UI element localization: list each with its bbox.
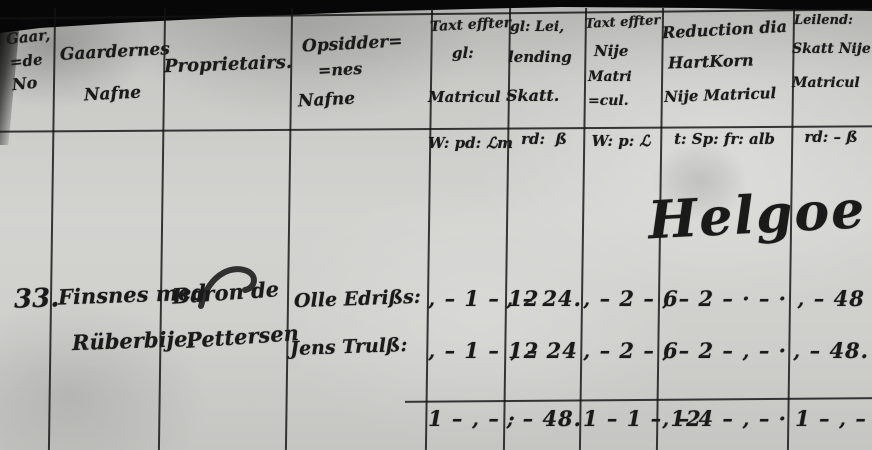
total-old-tax: ‚ – 48. [506, 408, 582, 429]
column-rule-5 [503, 8, 511, 450]
col-header-taxt-new-line: Nije [594, 44, 628, 59]
col-header-taxt-old-line: Matricul [428, 90, 501, 105]
value-reduction: ‚ – 2 – ‚ – · [659, 340, 790, 361]
column-rule-3 [285, 8, 293, 450]
col-header-reduction-line: Reduction dia [662, 19, 788, 42]
column-rule-6 [579, 8, 587, 450]
col-header-reduction-line: Nije Matricul [664, 86, 777, 105]
col-header-taxt-old-line: Taxt effter [430, 16, 512, 34]
unit-taxt-new: W: p: ℒ [583, 134, 659, 149]
col-header-occupants-line: Nafne [298, 91, 356, 111]
unit-new-tax: rd: – ß [790, 130, 872, 145]
col-header-taxt-new-line: Taxt effter [585, 14, 661, 31]
occupant-name: Olle Edrißs: [294, 288, 421, 311]
col-header-no-line: No [11, 75, 38, 94]
total-taxt-old: 1 – ‚ – · [428, 408, 506, 429]
value-taxt-old: ‚ – 1 – 12 [428, 340, 506, 361]
value-old-tax: ‚ – 24. [506, 288, 582, 309]
farm-name-line: Rüberbije. [72, 328, 195, 353]
value-new-tax: ‚ – 48. [790, 340, 872, 361]
proprietor-name-line: Pettersen [185, 322, 299, 351]
col-header-reduction-line: HartKorn [668, 53, 754, 72]
unit-reduction: t: Sp: fr: alb [659, 132, 790, 147]
column-rule-1 [48, 8, 56, 450]
col-header-farm-name-line: Gaardernes [60, 41, 171, 64]
section-title: Helgoe = [647, 181, 872, 248]
scan-edge-left [0, 0, 22, 145]
col-header-occupants-line: =nes [318, 61, 363, 79]
scanned-register-page: Gaar, =de No Gaardernes Nafne Proprietai… [0, 0, 872, 450]
total-taxt-new: 1 – 1 – 12 [583, 408, 659, 429]
col-header-old-tax-line: lending [508, 50, 572, 65]
total-new-tax: 1 – ‚ – [790, 408, 872, 429]
col-header-old-tax-line: gl: Lei, [510, 20, 564, 34]
col-header-taxt-old-line: gl: [452, 46, 474, 61]
value-old-tax: ‚ – 24 [506, 340, 582, 361]
column-rule-4 [425, 8, 433, 450]
col-header-occupants-line: Opsidder= [302, 33, 403, 55]
unit-taxt-old: W: pd: ℒm [428, 136, 506, 151]
col-header-old-tax-line: Skatt. [506, 88, 559, 104]
col-header-new-tax-line: Leilend: [794, 14, 853, 27]
col-header-new-tax-line: Matricul [792, 76, 860, 90]
value-taxt-new: ‚ – 2 – 6 [583, 340, 659, 361]
value-taxt-new: ‚ – 2 – 6 [583, 288, 659, 309]
value-taxt-old: ‚ – 1 – 12 [428, 288, 506, 309]
unit-old-tax: rd: ß [506, 132, 582, 147]
row-number: 33. [14, 285, 60, 313]
col-header-new-tax-line: Skatt Nije [792, 42, 871, 56]
value-reduction: ‚ – 2 – · – · [659, 288, 790, 309]
col-header-farm-name-line: Nafne [84, 85, 142, 105]
total-reduction: ‚ – 4 – ‚ – · [659, 408, 790, 429]
occupant-name: Jens Trulß: [290, 336, 408, 359]
col-header-taxt-new-line: Matri [588, 70, 632, 84]
col-header-no-line: Gaar, [5, 28, 51, 48]
col-header-proprietors: Proprietairs. [164, 54, 293, 76]
col-header-taxt-new-line: =cul. [588, 94, 629, 108]
totals-separator-rule [405, 397, 872, 403]
value-new-tax: ‚ – 48 [790, 288, 872, 309]
col-header-no-line: =de [9, 52, 43, 70]
